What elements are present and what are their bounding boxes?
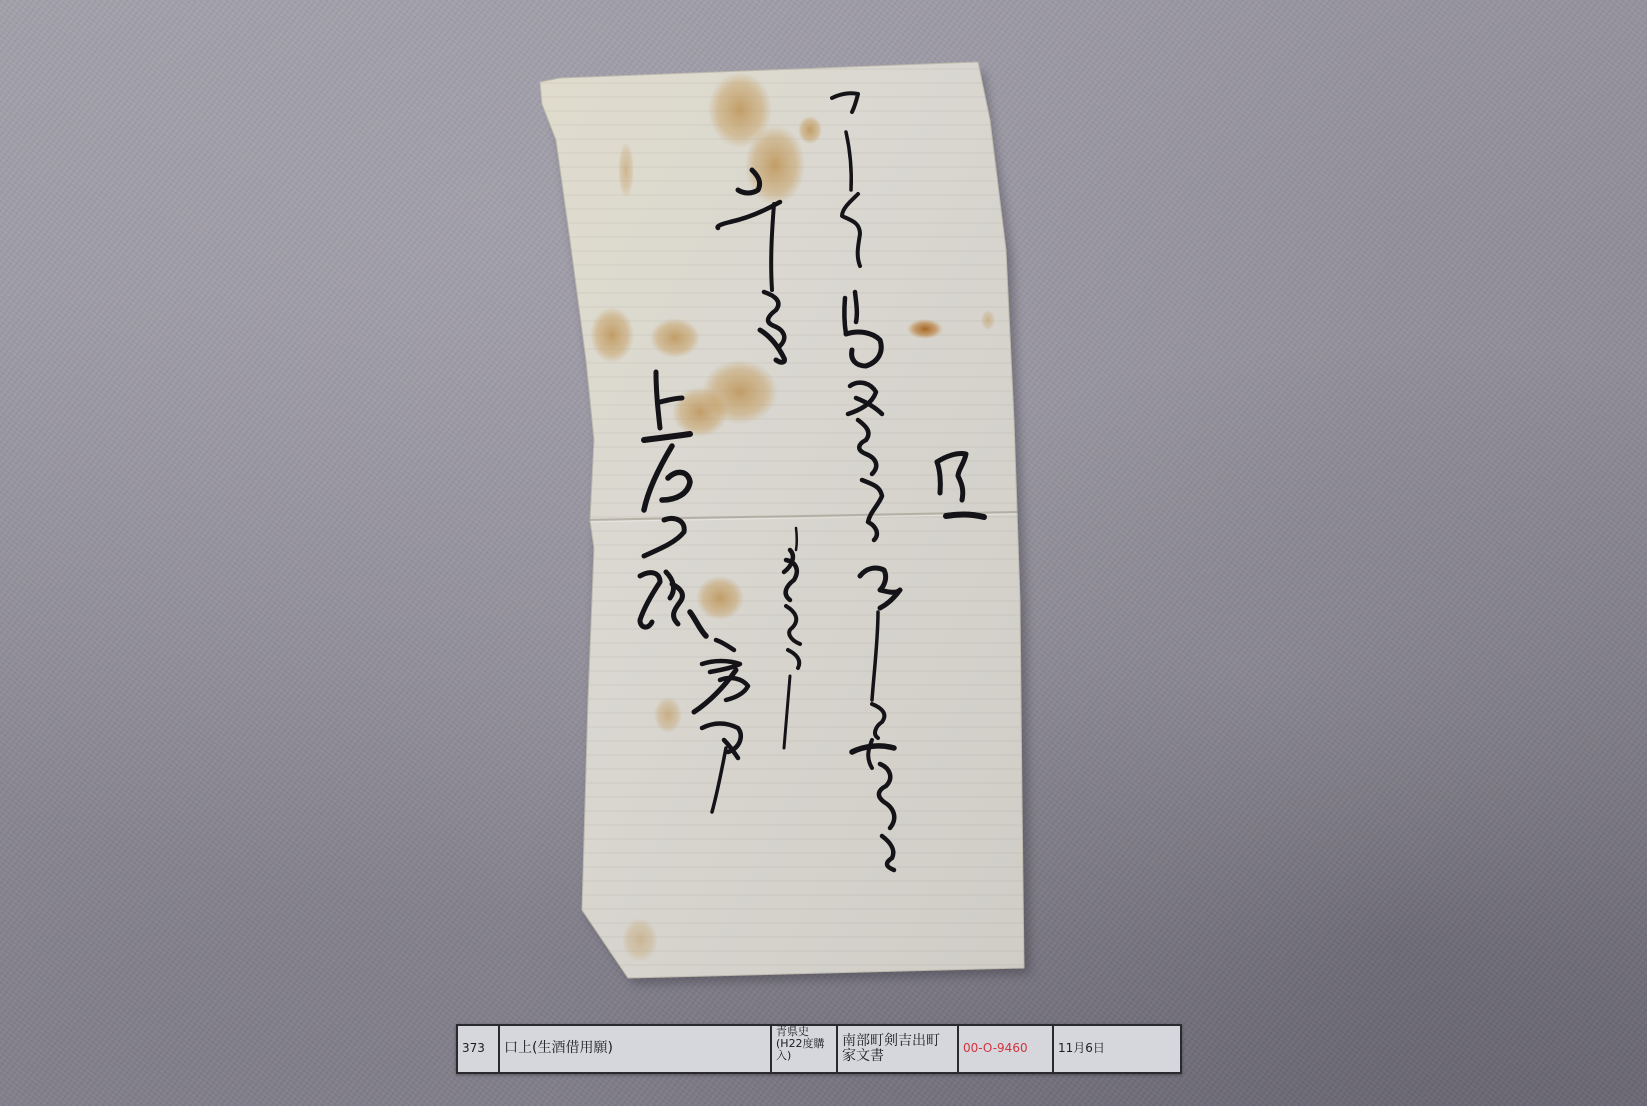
label-date-text: 11月6日 xyxy=(1058,1042,1105,1055)
label-number: 373 xyxy=(458,1026,500,1072)
label-code: 00-O-9460 xyxy=(959,1026,1054,1072)
paper-sheet xyxy=(0,0,1647,1106)
label-source: 青県史 (H22度購 入) xyxy=(772,1026,838,1072)
document-photo xyxy=(0,0,1647,1106)
label-title: 口上(生酒借用願) xyxy=(500,1026,772,1072)
label-source-line-3: 入) xyxy=(776,1050,825,1062)
label-collection-line-2: 家文書 xyxy=(842,1049,940,1064)
catalog-label: 373 口上(生酒借用願) 青県史 (H22度購 入) 南部町剣吉出町 家文書 … xyxy=(456,1024,1182,1074)
label-collection-line-1: 南部町剣吉出町 xyxy=(842,1034,940,1049)
label-title-text: 口上(生酒借用願) xyxy=(504,1041,613,1056)
label-code-text: 00-O-9460 xyxy=(963,1042,1028,1055)
label-date: 11月6日 xyxy=(1054,1026,1180,1072)
label-collection: 南部町剣吉出町 家文書 xyxy=(838,1026,959,1072)
label-number-text: 373 xyxy=(462,1042,485,1055)
paper-body xyxy=(530,55,1030,985)
